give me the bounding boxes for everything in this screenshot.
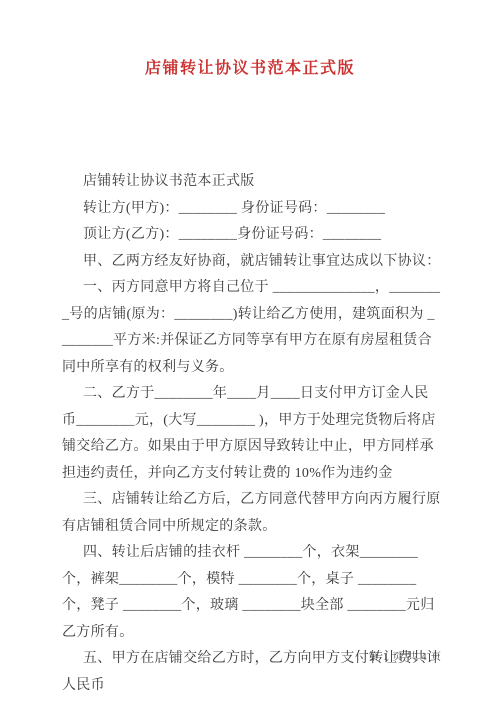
paragraph-clause-1: 一、丙方同意甲方将自己位于 ______________，________号的店…	[62, 275, 442, 381]
document-title: 店铺转让协议书范本正式版	[0, 0, 500, 79]
page-number-footer: 第 1 页 共 4 页	[369, 648, 443, 663]
paragraph-clause-2: 二、乙方于________年____月____日支付甲方订金人民币_______…	[62, 381, 442, 487]
paragraph-party-b: 顶让方(乙方)：________身份证号码：________	[62, 222, 442, 249]
document-page: 店铺转让协议书范本正式版 店铺转让协议书范本正式版 转让方(甲方)：______…	[0, 0, 500, 708]
paragraph-clause-3: 三、店铺转让给乙方后，乙方同意代替甲方向丙方履行原有店铺租赁合同中所规定的条款。	[62, 487, 442, 540]
document-body: 店铺转让协议书范本正式版 转让方(甲方)：________ 身份证号码：____…	[0, 169, 500, 699]
paragraph-party-a: 转让方(甲方)：________ 身份证号码：________	[62, 196, 442, 223]
paragraph-heading-repeat: 店铺转让协议书范本正式版	[62, 169, 442, 196]
paragraph-preamble: 甲、乙两方经友好协商，就店铺转让事宜达成以下协议：	[62, 249, 442, 276]
paragraph-clause-4: 四、转让后店铺的挂衣杆 ________个，衣架________ 个，裤架___…	[62, 540, 442, 646]
